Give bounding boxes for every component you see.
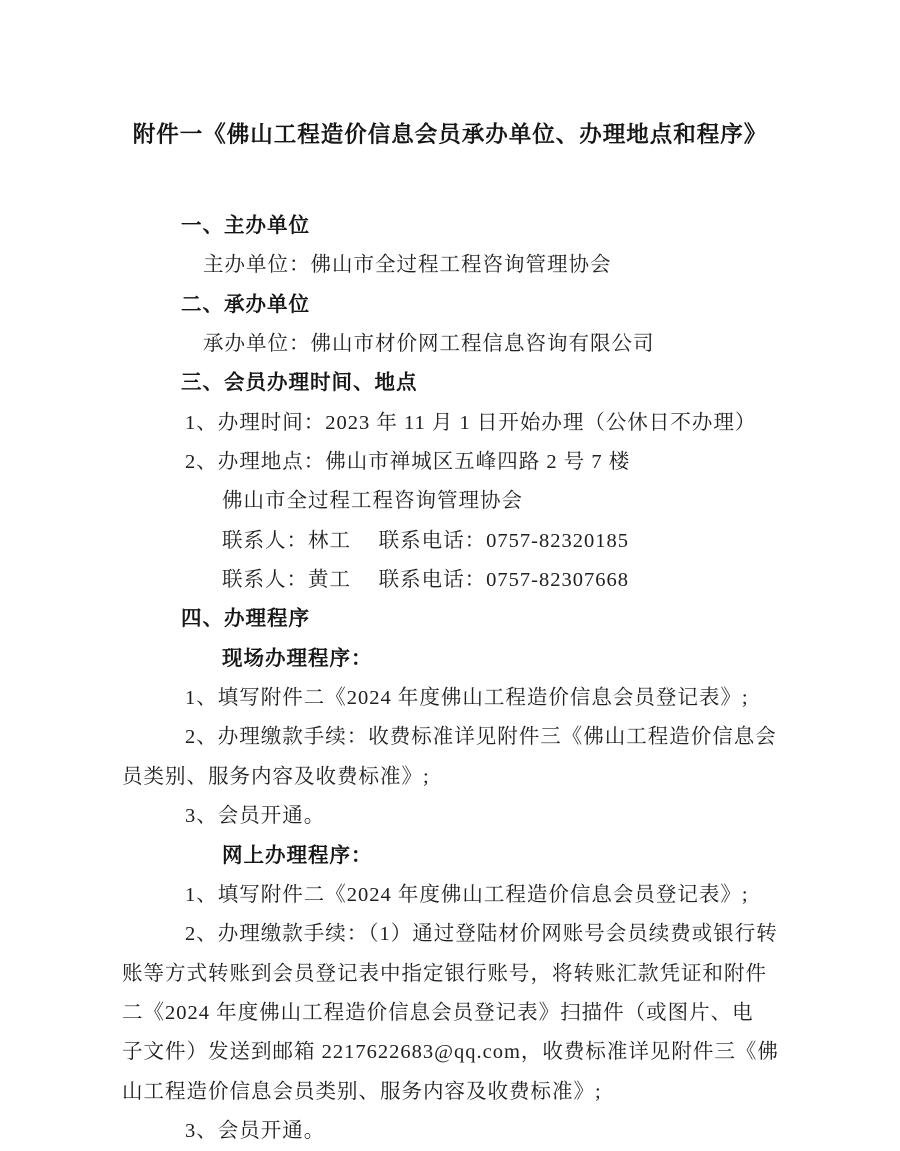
doc-line: 2、办理缴款手续：（1）通过登陆材价网账号会员续费或银行转	[0, 915, 900, 954]
doc-line: 2、办理缴款手续：收费标准详见附件三《佛山工程造价信息会	[0, 718, 900, 757]
doc-line: 2、办理地点：佛山市禅城区五峰四路 2 号 7 楼	[0, 443, 900, 482]
doc-line: 承办单位：佛山市材价网工程信息咨询有限公司	[0, 325, 900, 364]
doc-line: 一、主办单位	[0, 207, 900, 246]
doc-line: 1、填写附件二《2024 年度佛山工程造价信息会员登记表》;	[0, 679, 900, 718]
doc-line: 子文件）发送到邮箱 2217622683@qq.com，收费标准详见附件三《佛	[0, 1033, 900, 1072]
doc-line: 佛山市全过程工程咨询管理协会	[0, 482, 900, 521]
doc-line: 网上办理程序：	[0, 837, 900, 876]
doc-line: 1、办理时间：2023 年 11 月 1 日开始办理（公休日不办理）	[0, 404, 900, 443]
doc-line: 山工程造价信息会员类别、服务内容及收费标准》;	[0, 1073, 900, 1112]
document-page: 附件一《佛山工程造价信息会员承办单位、办理地点和程序》 一、主办单位主办单位：佛…	[0, 0, 900, 1151]
doc-line: 1、填写附件二《2024 年度佛山工程造价信息会员登记表》;	[0, 876, 900, 915]
doc-lines: 一、主办单位主办单位：佛山市全过程工程咨询管理协会二、承办单位承办单位：佛山市材…	[0, 207, 900, 1151]
doc-line: 二、承办单位	[0, 286, 900, 325]
doc-line: 3、会员开通。	[0, 797, 900, 836]
doc-line: 账等方式转账到会员登记表中指定银行账号，将转账汇款凭证和附件	[0, 955, 900, 994]
doc-line: 3、会员开通。	[0, 1112, 900, 1151]
doc-line: 四、办理程序	[0, 600, 900, 639]
page-title: 附件一《佛山工程造价信息会员承办单位、办理地点和程序》	[0, 117, 900, 149]
doc-line: 现场办理程序：	[0, 640, 900, 679]
doc-line: 联系人：黄工 联系电话：0757-82307668	[0, 561, 900, 600]
doc-line: 员类别、服务内容及收费标准》;	[0, 758, 900, 797]
doc-line: 主办单位：佛山市全过程工程咨询管理协会	[0, 246, 900, 285]
doc-line: 三、会员办理时间、地点	[0, 364, 900, 403]
doc-line: 联系人：林工 联系电话：0757-82320185	[0, 522, 900, 561]
doc-line: 二《2024 年度佛山工程造价信息会员登记表》扫描件（或图片、电	[0, 994, 900, 1033]
